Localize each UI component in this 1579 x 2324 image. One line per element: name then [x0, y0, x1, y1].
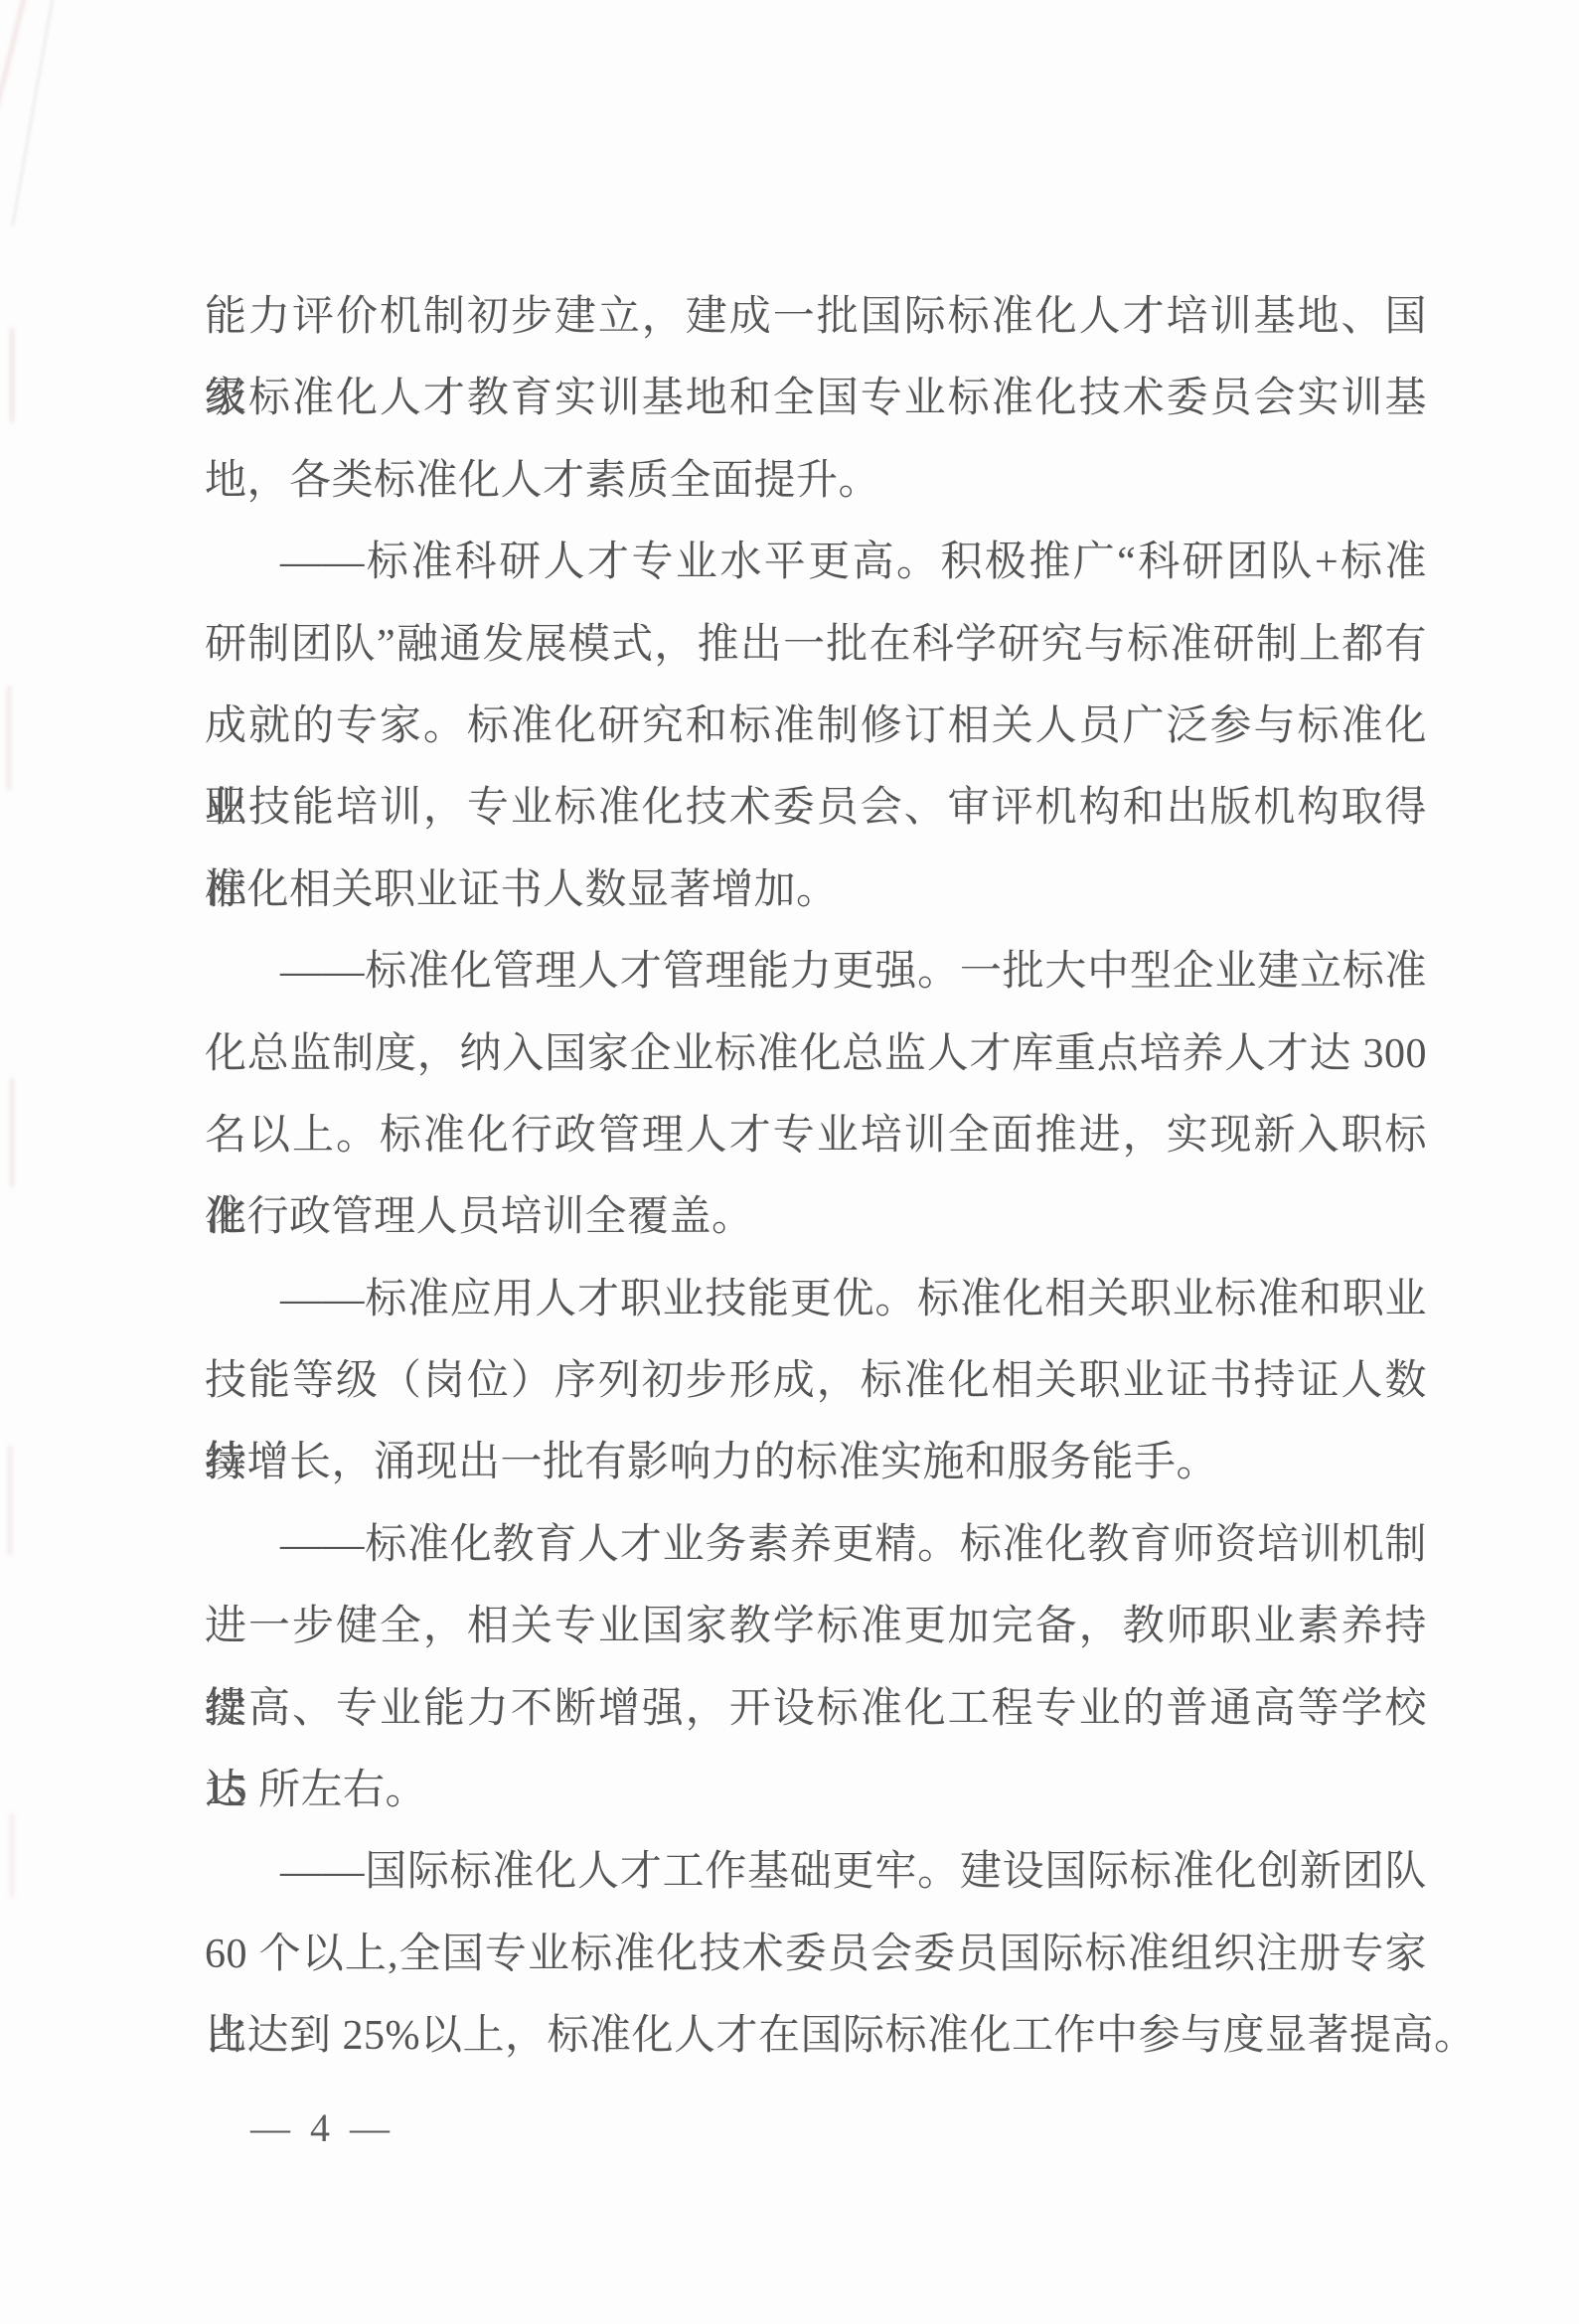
scan-artifact — [10, 328, 14, 422]
text-line: 业技能培训，专业标准化技术委员会、审评机构和出版机构取得标 — [205, 767, 1427, 849]
text-line: 提高、专业能力不断增强，开设标准化工程专业的普通高等学校达 — [205, 1668, 1427, 1750]
scan-artifact — [7, 686, 11, 790]
text-line: ——标准化管理人才管理能力更强。一批大中型企业建立标准 — [205, 931, 1427, 1012]
text-line: 技能等级（岗位）序列初步形成，标准化相关职业证书持证人数持 — [205, 1340, 1427, 1422]
body-text: 能力评价机制初步建立，建成一批国际标准化人才培训基地、国家级标准化人才教育实训基… — [205, 276, 1427, 2078]
text-line: ——标准化教育人才业务素养更精。标准化教育师资培训机制 — [205, 1504, 1427, 1586]
text-line: 化总监制度，纳入国家企业标准化总监人才库重点培养人才达 300 — [205, 1013, 1427, 1095]
scan-artifact — [8, 1446, 12, 1555]
text-line: 化行政管理人员培训全覆盖。 — [205, 1176, 1427, 1258]
text-line: 名以上。标准化行政管理人才专业培训全面推进，实现新入职标准 — [205, 1095, 1427, 1176]
text-line: 级标准化人才教育实训基地和全国专业标准化技术委员会实训基 — [205, 358, 1427, 439]
text-line: 60 个以上,全国专业标准化技术委员会委员国际标准组织注册专家占 — [205, 1914, 1427, 1995]
text-line: 准化相关职业证书人数显著增加。 — [205, 850, 1427, 931]
text-line: 比达到 25%以上，标准化人才在国际标准化工作中参与度显著提高。 — [205, 1995, 1427, 2077]
text-line: ——国际标准化人才工作基础更牢。建设国际标准化创新团队 — [205, 1831, 1427, 1913]
text-line: ——标准应用人才职业技能更优。标准化相关职业标准和职业 — [205, 1259, 1427, 1340]
text-line: 成就的专家。标准化研究和标准制修订相关人员广泛参与标准化职 — [205, 686, 1427, 767]
text-line: ——标准科研人才专业水平更高。积极推广“科研团队+标准 — [205, 522, 1427, 603]
text-line: 地，各类标准化人才素质全面提升。 — [205, 440, 1427, 522]
scan-artifact — [11, 0, 58, 227]
text-line: 能力评价机制初步建立，建成一批国际标准化人才培训基地、国家 — [205, 276, 1427, 358]
text-line: 进一步健全，相关专业国家教学标准更加完备，教师职业素养持续 — [205, 1586, 1427, 1667]
text-line: 续增长，涌现出一批有影响力的标准实施和服务能手。 — [205, 1422, 1427, 1503]
page-number: — 4 — — [250, 2098, 395, 2158]
text-line: 研制团队”融通发展模式，推出一批在科学研究与标准研制上都有 — [205, 604, 1427, 686]
scan-artifact — [0, 0, 30, 147]
text-line: 15 所左右。 — [205, 1750, 1427, 1831]
scan-artifact — [10, 1813, 14, 1898]
scan-artifact — [10, 1078, 14, 1187]
document-page: 能力评价机制初步建立，建成一批国际标准化人才培训基地、国家级标准化人才教育实训基… — [0, 0, 1579, 2324]
